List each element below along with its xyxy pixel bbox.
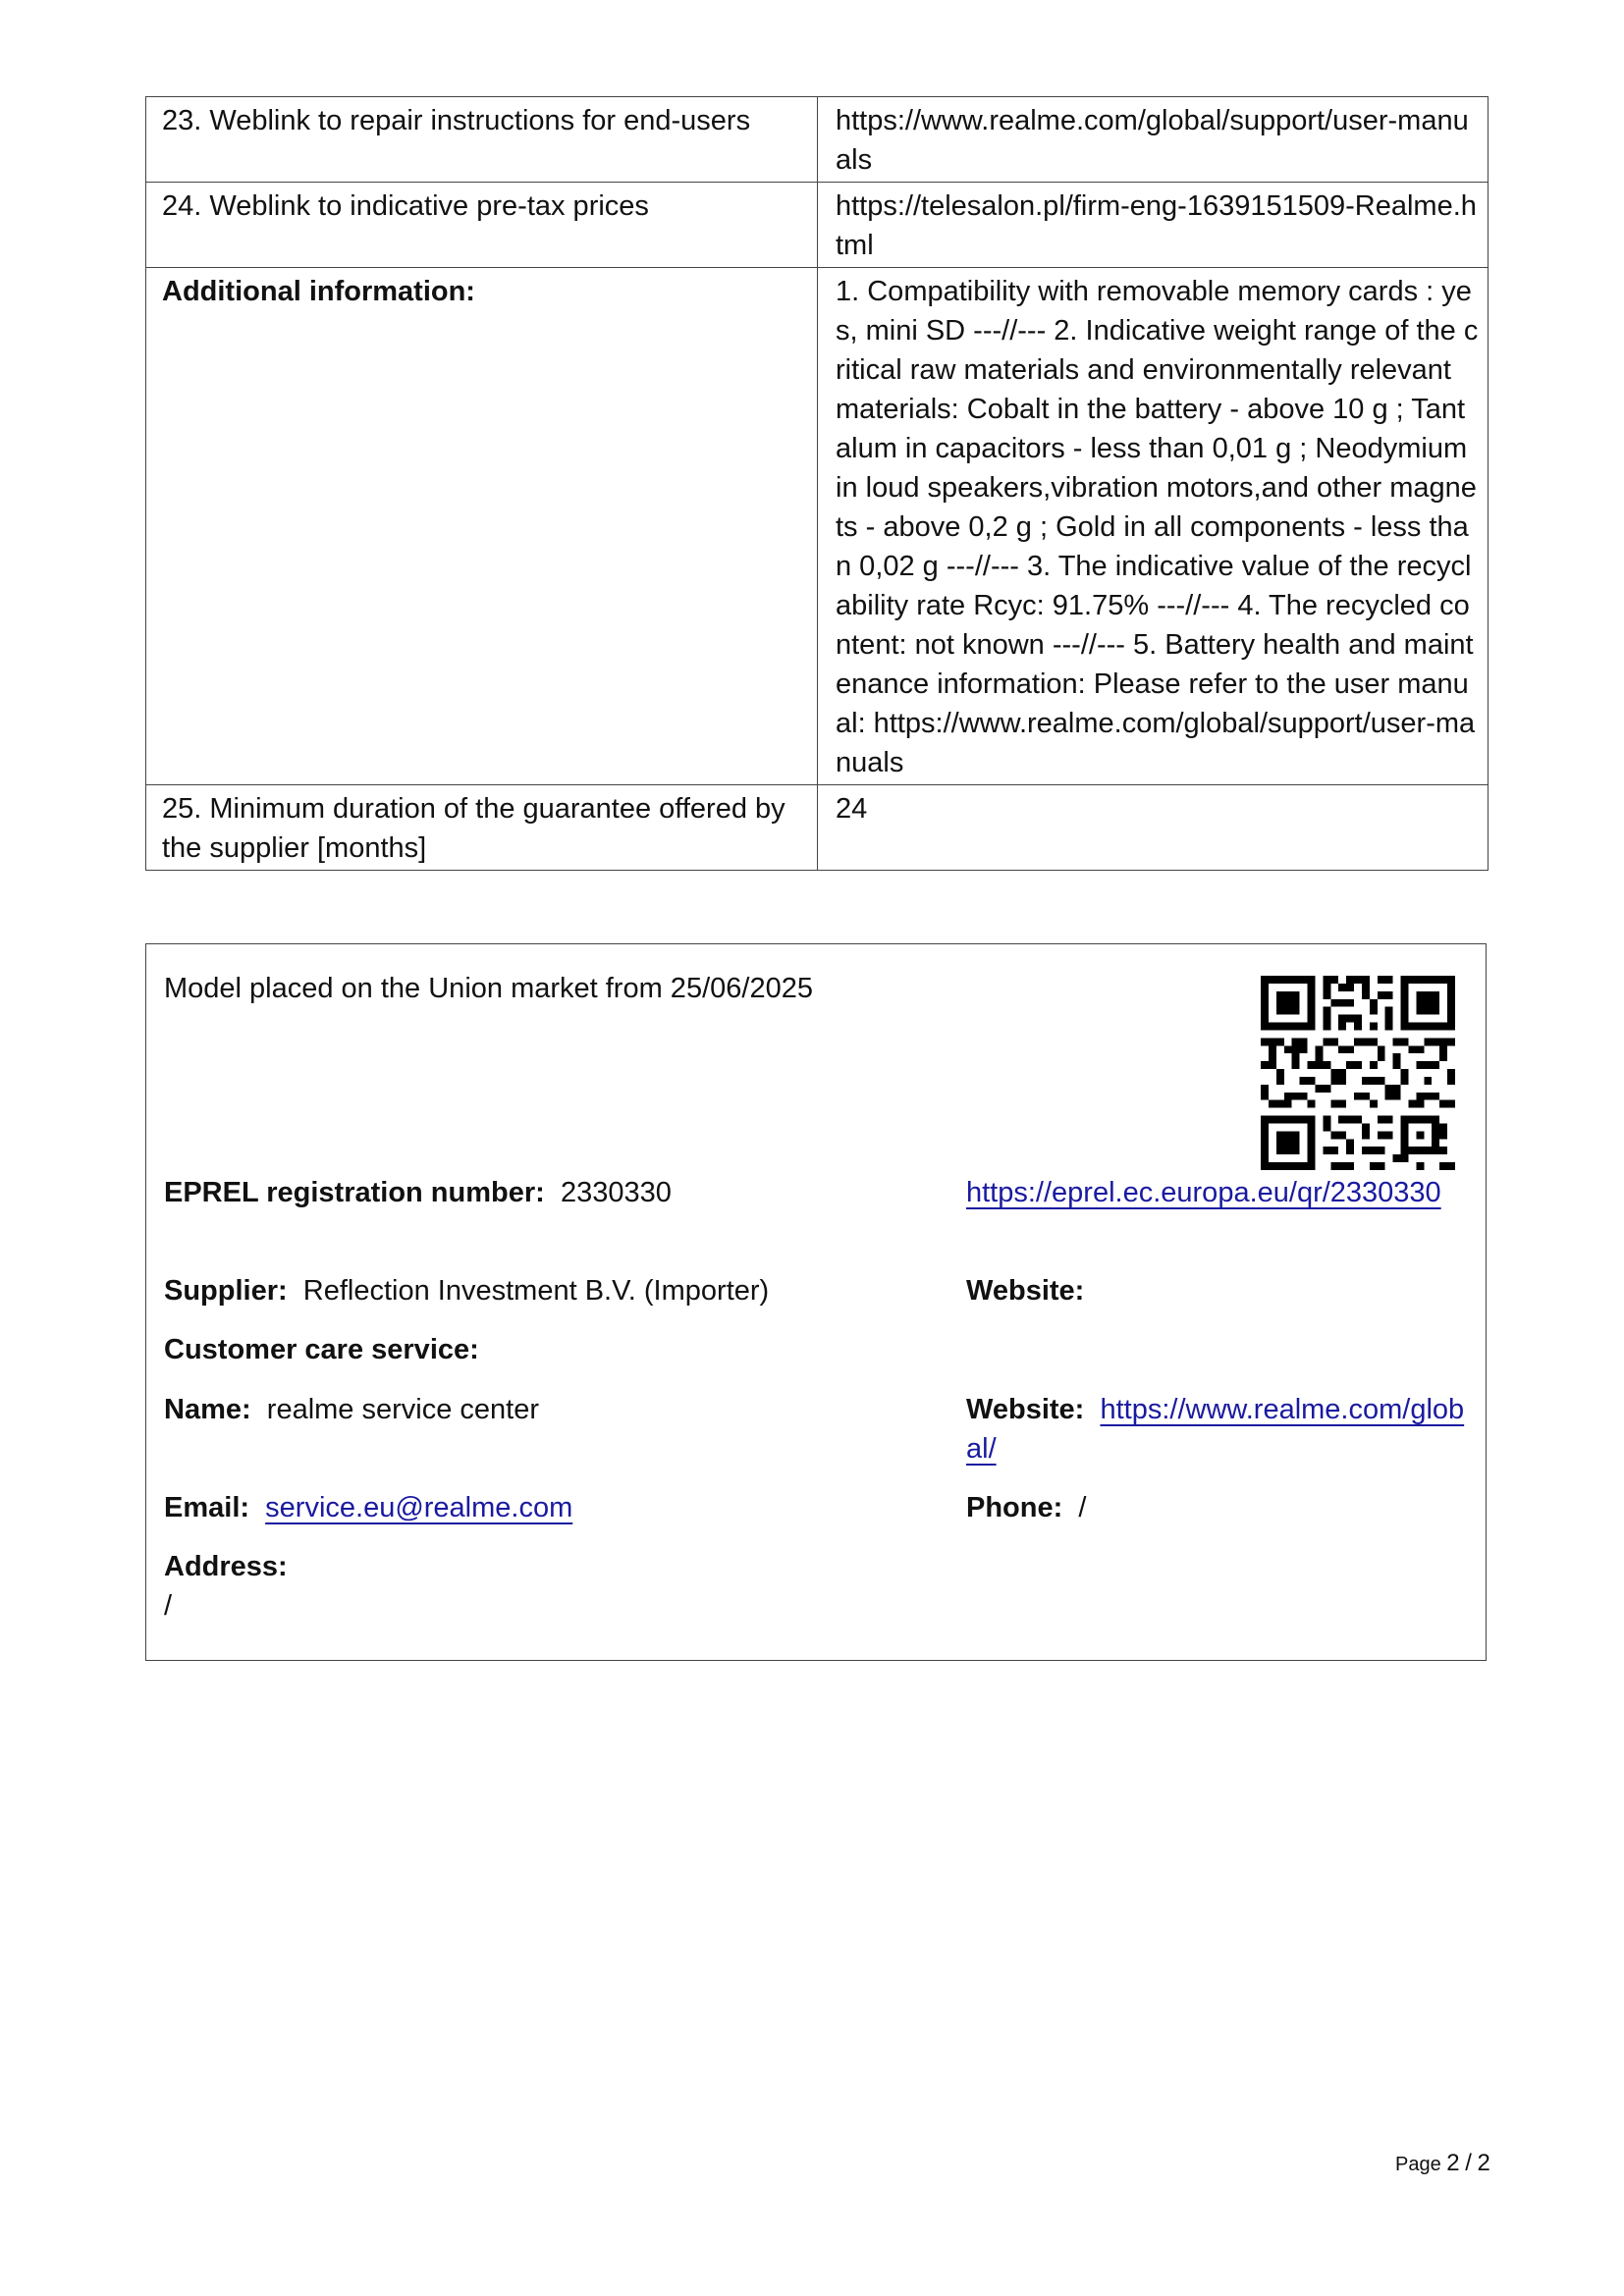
eprel-link-container: https://eprel.ec.europa.eu/qr/2330330 xyxy=(966,1173,1477,1212)
care-website-row: Website: https://www.realme.com/global/ xyxy=(966,1390,1477,1468)
address-row: Address: / xyxy=(164,1547,288,1626)
eprel-number: 2330330 xyxy=(561,1177,672,1208)
eprel-registration: EPREL registration number: 2330330 xyxy=(164,1173,672,1212)
eprel-label: EPREL registration number: xyxy=(164,1177,545,1208)
eprel-link[interactable]: https://eprel.ec.europa.eu/qr/2330330 xyxy=(966,1177,1441,1208)
market-placement-text: Model placed on the Union market from 25… xyxy=(164,969,813,1008)
phone-label: Phone: xyxy=(966,1492,1062,1523)
name-label: Name: xyxy=(164,1394,251,1425)
supplier-row: Supplier: Reflection Investment B.V. (Im… xyxy=(164,1271,769,1310)
table-row: Additional information: 1. Compatibility… xyxy=(146,268,1489,785)
additional-information-value: 1. Compatibility with removable memory c… xyxy=(818,268,1489,785)
product-info-table: 23. Weblink to repair instructions for e… xyxy=(145,96,1489,871)
page-label: Page xyxy=(1395,2154,1441,2175)
row-label: 24. Weblink to indicative pre-tax prices xyxy=(146,183,818,268)
page-current: 2 xyxy=(1446,2150,1459,2176)
eprel-info-box: Model placed on the Union market from 25… xyxy=(145,943,1487,1661)
row-label: Additional information: xyxy=(146,268,818,785)
row-label: 25. Minimum duration of the guarantee of… xyxy=(146,785,818,871)
pre-tax-prices-link[interactable]: https://telesalon.pl/firm-eng-1639151509… xyxy=(818,183,1489,268)
phone-value: / xyxy=(1078,1492,1086,1523)
supplier-label: Supplier: xyxy=(164,1275,288,1307)
row-label: 23. Weblink to repair instructions for e… xyxy=(146,97,818,183)
email-label: Email: xyxy=(164,1492,249,1523)
email-link[interactable]: service.eu@realme.com xyxy=(265,1492,572,1523)
customer-care-heading: Customer care service: xyxy=(164,1330,479,1369)
supplier-website-label: Website: xyxy=(966,1275,1084,1307)
care-website-label: Website: xyxy=(966,1394,1084,1425)
supplier-value: Reflection Investment B.V. (Importer) xyxy=(303,1275,769,1307)
repair-instructions-link[interactable]: https://www.realme.com/global/support/us… xyxy=(818,97,1489,183)
customer-care-label: Customer care service: xyxy=(164,1334,479,1365)
guarantee-duration-value: 24 xyxy=(818,785,1489,871)
phone-row: Phone: / xyxy=(966,1488,1086,1527)
table-row: 23. Weblink to repair instructions for e… xyxy=(146,97,1489,183)
address-label: Address: xyxy=(164,1547,288,1586)
qr-code-icon[interactable] xyxy=(1261,976,1455,1170)
page-number: Page 2 / 2 xyxy=(1395,2150,1490,2177)
name-row: Name: realme service center xyxy=(164,1390,539,1429)
name-value: realme service center xyxy=(267,1394,539,1425)
table-row: 24. Weblink to indicative pre-tax prices… xyxy=(146,183,1489,268)
email-row: Email: service.eu@realme.com xyxy=(164,1488,572,1527)
supplier-website-row: Website: xyxy=(966,1271,1084,1310)
page-total: 2 xyxy=(1477,2150,1489,2176)
table-row: 25. Minimum duration of the guarantee of… xyxy=(146,785,1489,871)
address-value: / xyxy=(164,1586,288,1626)
page-separator: / xyxy=(1465,2150,1472,2176)
